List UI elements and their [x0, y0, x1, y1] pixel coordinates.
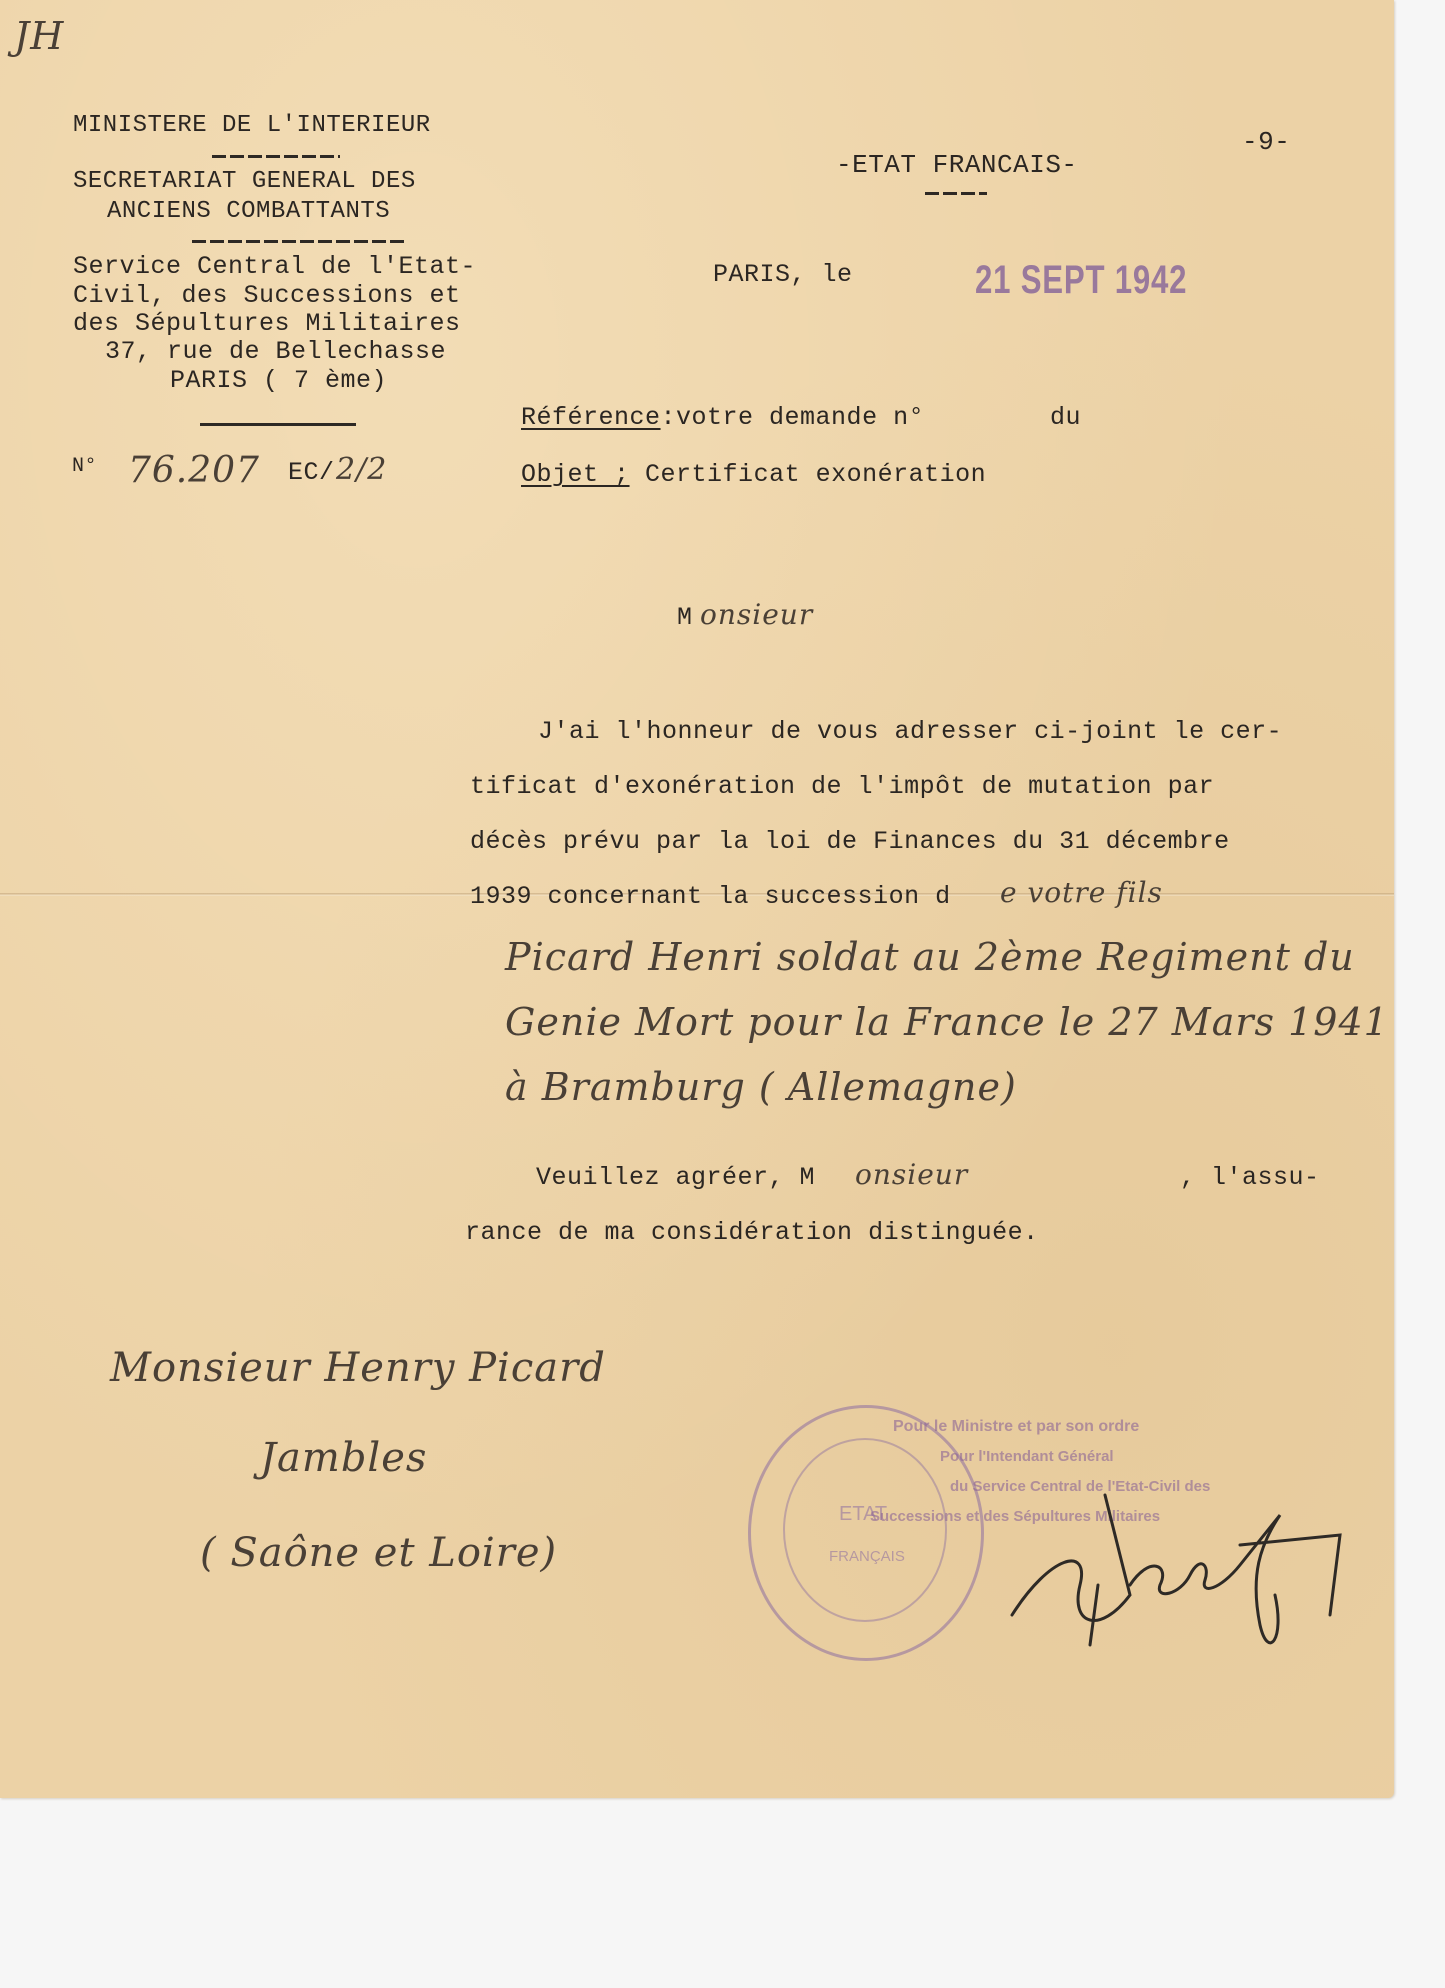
seal-text-bottom: FRANÇAIS [829, 1548, 905, 1565]
subject-line: Objet ; Certificat exonération [521, 460, 986, 489]
number-value: 76.207 [128, 450, 260, 491]
service-line-5: PARIS ( 7 ème) [170, 366, 387, 395]
subject-label: Objet ; [521, 460, 630, 489]
reference-label: Référence [521, 403, 661, 432]
service-line-1: Service Central de l'Etat- [73, 252, 476, 281]
secretariat-line-2: ANCIENS COMBATTANTS [107, 198, 390, 225]
body-line-4: 1939 concernant la succession d [470, 882, 951, 911]
secretariat-line-1: SECRETARIAT GENERAL DES [73, 168, 416, 195]
official-seal: ETAT FRANÇAIS [748, 1405, 984, 1661]
recipient-department: ( Saône et Loire) [200, 1530, 557, 1576]
body-line-3: décès prévu par la loi de Finances du 31… [470, 827, 1230, 856]
body-line-2: tificat d'exonération de l'impôt de muta… [470, 772, 1214, 801]
corner-initials: JH [14, 14, 64, 58]
state-header: -ETAT FRANCAIS- [836, 150, 1078, 180]
closing-handwritten: onsieur [855, 1158, 968, 1191]
salutation-handwritten: onsieur [700, 598, 813, 631]
code-handwritten: 2/2 [336, 452, 387, 487]
number-label: N° [72, 455, 97, 478]
closing-line-1-end: , l'assu- [1180, 1163, 1320, 1192]
divider [925, 192, 987, 195]
service-line-4: 37, rue de Bellechasse [105, 337, 446, 366]
divider [200, 423, 356, 426]
reference-line: Référence:votre demande n° [521, 403, 924, 432]
recipient-town: Jambles [260, 1435, 427, 1481]
stamp-line-2: Pour l'Intendant Général [940, 1448, 1114, 1465]
body-line-1: J'ai l'honneur de vous adresser ci-joint… [538, 717, 1282, 746]
signature-icon [1010, 1475, 1350, 1665]
place-label: PARIS, le [713, 260, 853, 289]
document-page: JH MINISTERE DE L'INTERIEUR SECRETARIAT … [0, 0, 1394, 1798]
closing-line-1: Veuillez agréer, M [536, 1163, 815, 1192]
reference-du: du [1050, 403, 1081, 432]
date-stamp: 21 SEPT 1942 [975, 258, 1187, 303]
seal-inner-ring [783, 1438, 947, 1622]
reference-text: :votre demande n° [661, 403, 925, 432]
divider [212, 155, 340, 158]
closing-line-2: rance de ma considération distinguée. [465, 1218, 1039, 1247]
body-handwritten-fill: e votre fils [1000, 876, 1163, 909]
handwritten-line-3: à Bramburg ( Allemagne) [505, 1065, 1017, 1109]
subject-text: Certificat exonération [645, 460, 986, 489]
handwritten-line-2: Genie Mort pour la France le 27 Mars 194… [505, 1000, 1389, 1044]
service-line-2: Civil, des Successions et [73, 281, 461, 310]
ministry-title: MINISTERE DE L'INTERIEUR [73, 112, 431, 139]
recipient-name: Monsieur Henry Picard [110, 1345, 606, 1391]
service-line-3: des Sépultures Militaires [73, 309, 461, 338]
stamp-line-1: Pour le Ministre et par son ordre [893, 1418, 1139, 1436]
salutation-typed: M [677, 603, 693, 632]
code-label: EC/ [288, 458, 335, 487]
page-number: -9- [1242, 127, 1290, 157]
divider [192, 240, 407, 243]
handwritten-line-1: Picard Henri soldat au 2ème Regiment du [505, 935, 1355, 979]
